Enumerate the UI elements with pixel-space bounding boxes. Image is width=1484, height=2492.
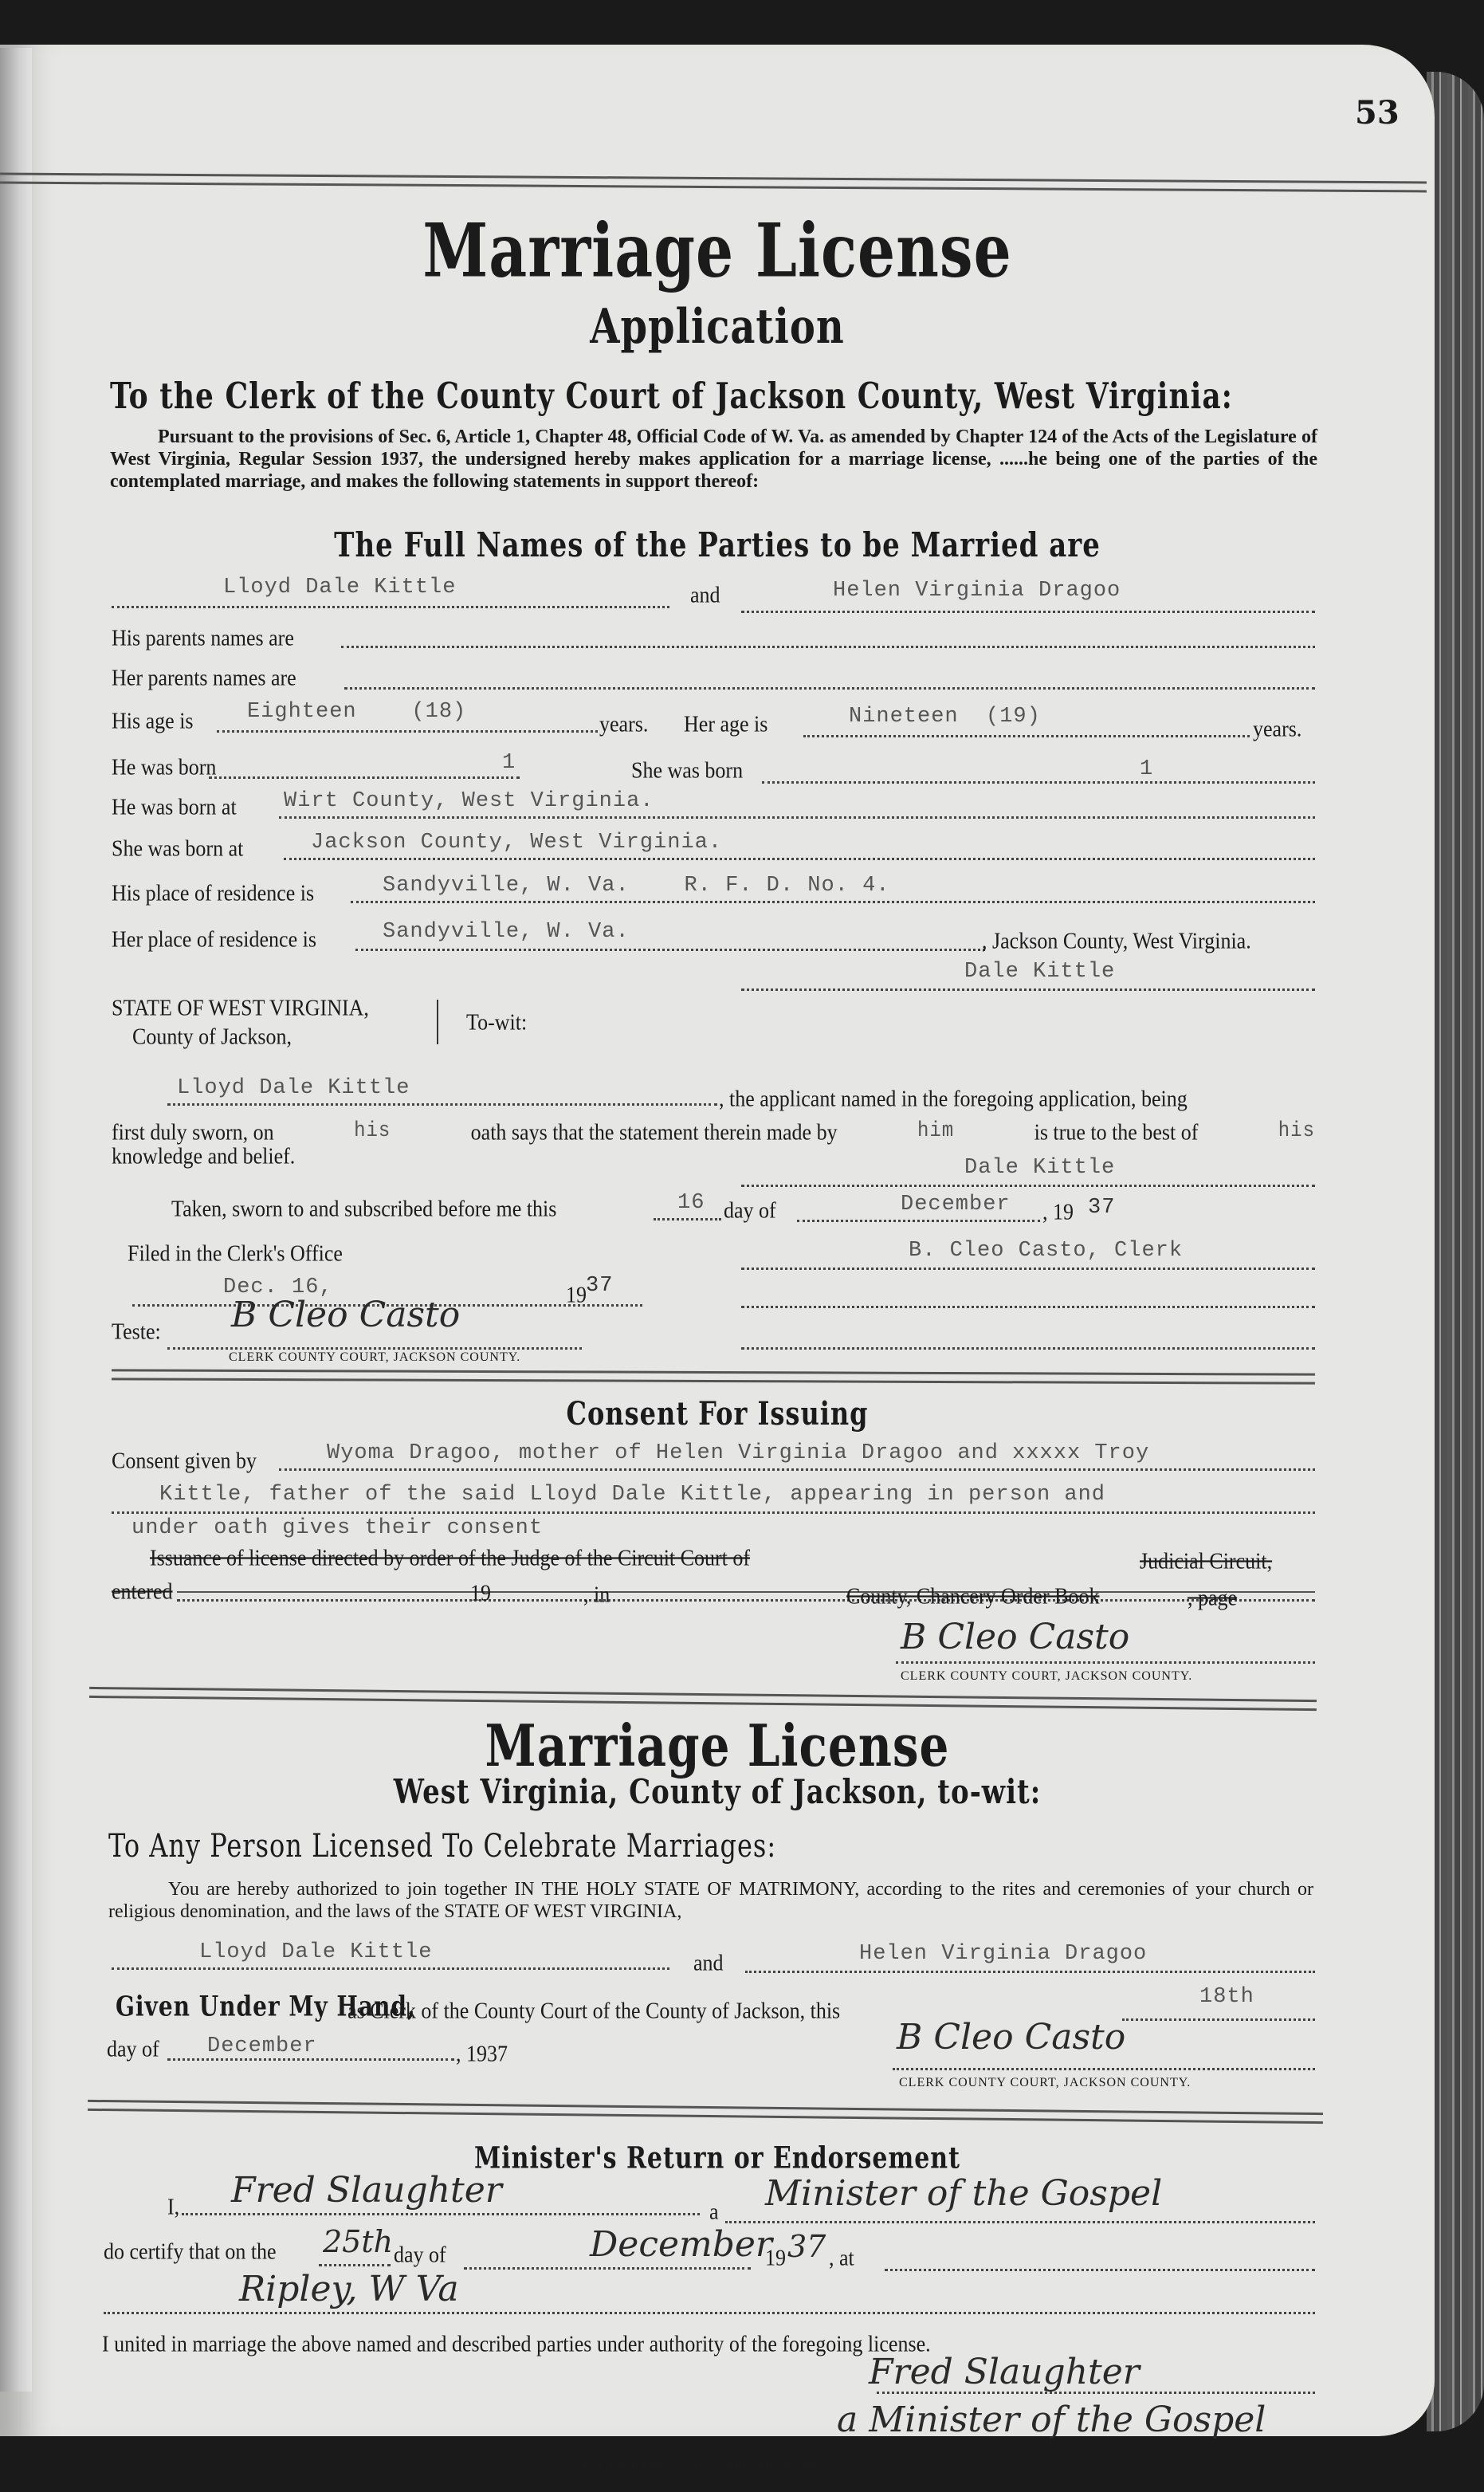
affiant-name-line <box>167 1103 717 1106</box>
her-age-field[interactable]: Nineteen (19) <box>849 705 1041 729</box>
he-born-label: He was born <box>112 754 216 780</box>
license-title: Marriage License <box>0 1712 1435 1780</box>
sworn-day-of-label: day of <box>724 1197 776 1224</box>
she-born-at-label: She was born at <box>112 835 243 862</box>
consent-line-2-text[interactable]: Kittle, father of the said Lloyd Dale Ki… <box>159 1483 1105 1507</box>
judicial-circuit-struck: Judicial Circuit, <box>1140 1548 1272 1574</box>
groom-name-field[interactable]: Lloyd Dale Kittle <box>223 576 456 599</box>
authorization-text: You are hereby authorized to join togeth… <box>108 1878 1313 1923</box>
minister-i-label: I, <box>167 2194 179 2220</box>
minister-title-field[interactable]: Minister of the Gospel <box>765 2173 1162 2214</box>
minister-signature-title: a Minister of the Gospel <box>837 2400 1266 2440</box>
pronoun-2[interactable]: him <box>917 1119 954 1146</box>
blank-line-2 <box>741 1347 1315 1350</box>
application-subtitle: Application <box>0 299 1435 355</box>
page-number: 53 <box>1355 94 1400 132</box>
consent-line-3-text[interactable]: under oath gives their consent <box>132 1516 543 1540</box>
entered-line <box>177 1599 1315 1602</box>
application-title: Marriage License <box>0 208 1435 294</box>
sworn-year-prefix: , 19 <box>1042 1199 1074 1225</box>
consent-heading: Consent For Issuing <box>0 1394 1435 1433</box>
given-month-field[interactable]: December <box>207 2034 317 2058</box>
united-text: I united in marriage the above named and… <box>102 2331 931 2357</box>
clerk-typed-line <box>741 1268 1315 1270</box>
issuance-struck: Issuance of license directed by order of… <box>150 1545 750 1571</box>
teste-label: Teste: <box>112 1319 161 1345</box>
license-groom-field[interactable]: Lloyd Dale Kittle <box>199 1940 432 1964</box>
minister-name-line <box>182 2213 700 2215</box>
affiant-signature: Dale Kittle <box>964 1156 1115 1180</box>
minister-return-heading: Minister's Return or Endorsement <box>0 2141 1435 2176</box>
teste-line <box>167 1347 582 1350</box>
page-label: , page <box>1188 1585 1237 1611</box>
certify-at-label: , at <box>829 2245 854 2271</box>
affidavit-line-2: first duly sworn, on his oath says that … <box>112 1119 1315 1146</box>
filed-year-field[interactable]: 37 <box>586 1274 613 1298</box>
chancery-label: County, Chancery Order Book <box>846 1583 1099 1610</box>
minister-signature-name: Fred Slaughter <box>869 2352 1140 2392</box>
pronoun-1[interactable]: his <box>354 1119 391 1146</box>
consent-clerk-signature: B Cleo Casto <box>901 1617 1129 1657</box>
license-groom-line <box>112 1967 669 1970</box>
bride-name-line <box>741 611 1315 613</box>
certify-year-prefix: 19 <box>765 2245 786 2271</box>
affidavit-text-1: , the applicant named in the foregoing a… <box>719 1086 1188 1112</box>
given-day-line <box>1122 2018 1315 2021</box>
certify-month-line <box>464 2267 751 2270</box>
sworn-day-line <box>654 1218 721 1220</box>
sworn-day-field[interactable]: 16 <box>677 1191 705 1215</box>
sworn-month-field[interactable]: December <box>901 1193 1011 1217</box>
in-label: , in <box>583 1582 610 1608</box>
consent-line-1 <box>279 1468 1315 1471</box>
entered-label: entered <box>112 1578 173 1605</box>
license-day-of-label: day of <box>107 2036 159 2062</box>
her-age-years-label: years. <box>1253 716 1301 742</box>
minister-title-line <box>725 2221 1315 2223</box>
applicant-signature-line <box>741 989 1315 991</box>
her-residence-label: Her place of residence is <box>112 926 316 953</box>
given-text: as Clerk of the County Court of the Coun… <box>347 1998 840 2024</box>
her-parents-field[interactable] <box>344 687 1315 690</box>
his-parents-label: His parents names are <box>112 625 294 651</box>
he-born-at-line <box>279 816 1315 819</box>
consent-given-label: Consent given by <box>112 1448 257 1474</box>
affidavit-text-2c: is true to the best of <box>1034 1119 1199 1146</box>
her-residence-field[interactable]: Sandyville, W. Va. <box>383 920 630 944</box>
his-residence-label: His place of residence is <box>112 880 314 906</box>
he-born-at-field[interactable]: Wirt County, West Virginia. <box>284 789 654 813</box>
certify-day-of-label: day of <box>394 2242 446 2268</box>
entered-year-prefix: 19 <box>470 1580 491 1606</box>
state-label: STATE OF WEST VIRGINIA, <box>112 995 369 1021</box>
he-born-at-label: He was born at <box>112 794 237 820</box>
license-bride-field[interactable]: Helen Virginia Dragoo <box>859 1942 1147 1966</box>
certify-label: do certify that on the <box>104 2238 277 2265</box>
affidavit-text-2a: first duly sworn, on <box>112 1119 274 1146</box>
license-salutation: To Any Person Licensed To Celebrate Marr… <box>108 1826 776 1865</box>
county-state-suffix: , Jackson County, West Virginia. <box>982 928 1251 954</box>
her-age-label: Her age is <box>684 711 768 737</box>
blank-line-1 <box>741 1306 1315 1308</box>
filed-label: Filed in the Clerk's Office <box>128 1240 343 1267</box>
affidavit-brace <box>437 1000 438 1044</box>
her-residence-line <box>355 949 985 951</box>
license-and-label: and <box>693 1950 724 1976</box>
certify-day-line <box>319 2264 391 2266</box>
he-born-line <box>209 776 520 779</box>
she-born-at-line <box>284 858 1315 860</box>
license-clerk-signature: B Cleo Casto <box>897 2017 1125 2058</box>
groom-name-line <box>112 606 669 608</box>
his-residence-field[interactable]: Sandyville, W. Va. R. F. D. No. 4. <box>383 874 890 898</box>
affiant-name-field[interactable]: Lloyd Dale Kittle <box>177 1076 410 1100</box>
printer-imprint: CASTO & HARRIS, INC., SPENCER, W. VA. <box>574 2460 822 2471</box>
page-gutter-shadow <box>0 48 32 2392</box>
she-born-line <box>762 781 1315 784</box>
application-salutation: To the Clerk of the County Court of Jack… <box>110 375 1233 418</box>
filed-year-prefix: 19 <box>566 1282 587 1308</box>
license-subtitle: West Virginia, County of Jackson, to-wit… <box>0 1772 1435 1812</box>
he-born-field[interactable]: 1 <box>502 751 516 775</box>
place-line <box>104 2312 1315 2314</box>
entered-strike-line <box>177 1591 1315 1593</box>
certify-day-field[interactable]: 25th <box>323 2224 393 2259</box>
his-age-line <box>217 730 598 733</box>
given-year: , 1937 <box>456 2041 508 2067</box>
license-bride-line <box>745 1971 1315 1973</box>
his-parents-field[interactable] <box>341 646 1315 648</box>
license-clerk-caption: CLERK COUNTY COURT, JACKSON COUNTY. <box>899 2076 1191 2090</box>
affiant-signature-line <box>741 1185 1315 1187</box>
bride-name-field[interactable]: Helen Virginia Dragoo <box>833 579 1121 603</box>
and-label: and <box>690 582 720 608</box>
she-born-field[interactable]: 1 <box>1140 757 1153 781</box>
affidavit-text-2b: oath says that the statement therein mad… <box>471 1119 838 1146</box>
consent-line-1-text[interactable]: Wyoma Dragoo, mother of Helen Virginia D… <box>327 1441 1149 1465</box>
to-wit-label: To-wit: <box>466 1009 527 1036</box>
his-age-field[interactable]: Eighteen (18) <box>247 700 466 724</box>
his-residence-line <box>351 901 1315 903</box>
his-age-years-label: years. <box>599 711 648 737</box>
certify-year-field[interactable]: 37 <box>787 2229 826 2264</box>
his-age-label: His age is <box>112 708 194 734</box>
book-page-edges <box>1427 72 1484 2431</box>
she-born-at-field[interactable]: Jackson County, West Virginia. <box>311 831 722 855</box>
sworn-label: Taken, sworn to and subscribed before me… <box>171 1196 556 1222</box>
affidavit-text-3: knowledge and belief. <box>112 1143 295 1169</box>
certify-at-line <box>885 2269 1315 2271</box>
pronoun-3[interactable]: his <box>1278 1119 1315 1146</box>
full-names-heading: The Full Names of the Parties to be Marr… <box>0 525 1435 565</box>
teste-signature: B Cleo Casto <box>231 1295 460 1335</box>
her-age-line <box>803 735 1250 737</box>
consent-clerk-caption: CLERK COUNTY COURT, JACKSON COUNTY. <box>901 1669 1192 1684</box>
place-field[interactable]: Ripley, W Va <box>239 2269 459 2309</box>
applicant-signature: Dale Kittle <box>964 960 1115 984</box>
consent-clerk-line <box>896 1661 1315 1664</box>
minister-name-field[interactable]: Fred Slaughter <box>231 2170 502 2211</box>
she-born-label: She was born <box>631 757 743 784</box>
consent-line-2 <box>112 1511 1315 1514</box>
minister-a-label: a <box>709 2199 719 2225</box>
intro-paragraph: Pursuant to the provisions of Sec. 6, Ar… <box>110 426 1317 493</box>
sworn-year-field[interactable]: 37 <box>1088 1196 1115 1220</box>
teste-caption: CLERK COUNTY COURT, JACKSON COUNTY. <box>229 1350 520 1365</box>
her-parents-label: Her parents names are <box>112 665 296 691</box>
given-day-field[interactable]: 18th <box>1199 1985 1254 2009</box>
county-label: County of Jackson, <box>132 1024 292 1050</box>
license-clerk-line <box>893 2068 1315 2070</box>
sworn-month-line <box>797 1220 1040 1222</box>
clerk-typed-name: B. Cleo Casto, Clerk <box>909 1239 1183 1263</box>
certify-month-field[interactable]: December <box>590 2224 772 2265</box>
given-month-line <box>167 2058 454 2061</box>
